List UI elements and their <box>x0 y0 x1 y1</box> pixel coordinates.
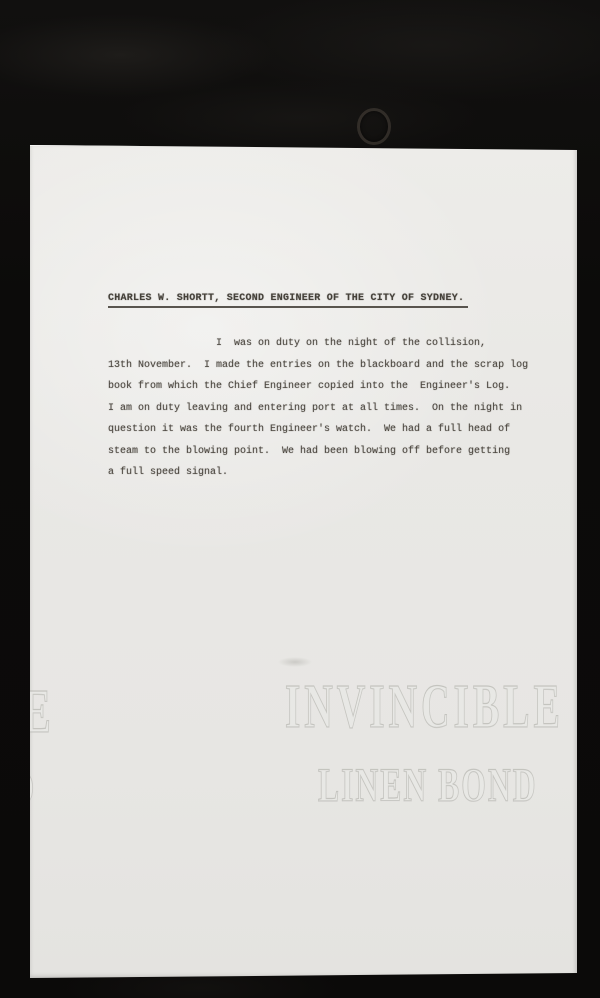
watermark-left-fragment-1: E <box>22 681 51 743</box>
watermark-left-fragment-2: D <box>10 765 34 813</box>
body-line: book from which the Chief Engineer copie… <box>108 376 528 398</box>
body-line: steam to the blowing point. We had been … <box>108 441 528 463</box>
document-title: CHARLES W. SHORTT, SECOND ENGINEER OF TH… <box>108 292 468 308</box>
paper-smudge <box>278 657 312 667</box>
body-line: question it was the fourth Engineer's wa… <box>108 419 528 441</box>
watermark-invincible: INVINCIBLE <box>285 676 564 738</box>
scanned-paper-page: E D INVINCIBLE LINEN BOND CHARLES W. SHO… <box>30 145 577 978</box>
body-line: a full speed signal. <box>108 462 528 484</box>
body-line: I am on duty leaving and entering port a… <box>108 398 528 420</box>
body-line: 13th November. I made the entries on the… <box>108 355 528 377</box>
embossed-ring-mark <box>357 108 391 145</box>
body-line: I was on duty on the night of the collis… <box>108 333 528 355</box>
document-body: I was on duty on the night of the collis… <box>108 333 528 484</box>
watermark-linen-bond: LINEN BOND <box>318 762 538 810</box>
scan-photo-background: E D INVINCIBLE LINEN BOND CHARLES W. SHO… <box>0 0 600 998</box>
